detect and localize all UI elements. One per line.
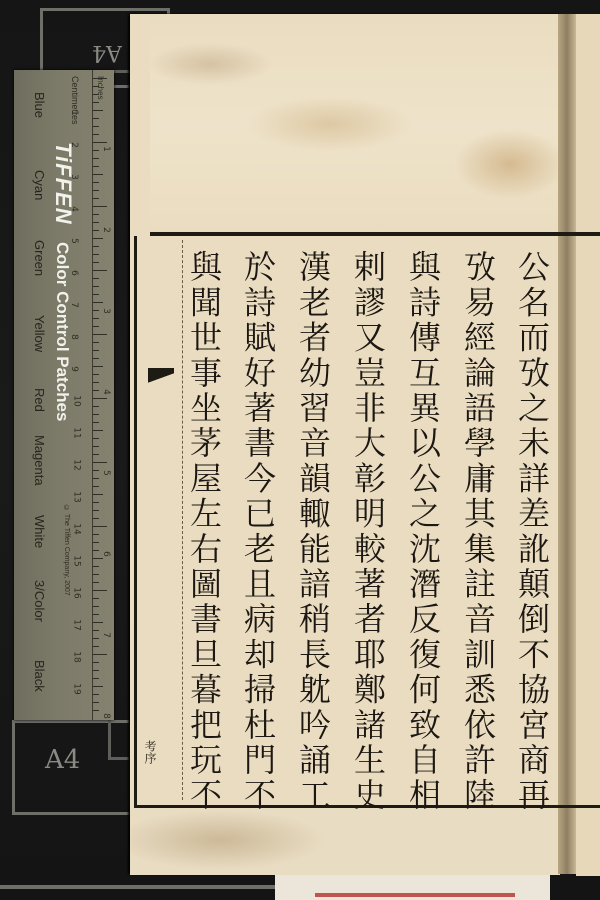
ruler-tick	[93, 430, 103, 431]
swatch-label-black: Black	[32, 660, 47, 692]
swatch-label-cyan: Cyan	[32, 170, 47, 200]
ruler-tick	[93, 614, 99, 615]
print-frame-top-rule	[150, 232, 600, 236]
ruler-tick	[93, 510, 99, 511]
ruler-tick	[93, 438, 99, 439]
unit-label-cm: Centimetres	[70, 76, 80, 125]
cm-tick-label: 11	[72, 427, 82, 438]
ruler-tick	[93, 638, 99, 639]
ruler-tick	[93, 254, 99, 255]
inch-tick-label: 5	[101, 470, 111, 476]
swatch-label-yellow: Yellow	[32, 315, 47, 352]
text-column-5: 漢老者幼習音韻輙能諳稍長躭吟誦工	[295, 250, 331, 813]
ruler-tick	[93, 390, 99, 391]
inch-tick-label: 2	[101, 227, 111, 233]
ruler-tick	[93, 558, 103, 559]
swatch-label-blue: Blue	[32, 92, 47, 118]
ruler-tick	[93, 118, 99, 119]
ruler-tick	[93, 494, 103, 495]
text-column-7: 與聞世事坐茅屋左右圖書旦暮把玩不	[186, 250, 222, 813]
ruler-tick	[93, 478, 99, 479]
ruler-tick	[93, 622, 103, 623]
ruler-tick	[93, 246, 99, 247]
ruler-tick	[93, 598, 99, 599]
inch-tick-label: 7	[101, 632, 111, 638]
text-column-2: 攷易經論語學庸其集註音訓悉依許陸	[460, 250, 496, 813]
cm-tick-label: 14	[72, 523, 82, 534]
ruler-tick	[93, 470, 99, 471]
ruler-tick	[93, 550, 99, 551]
ruler-tick	[93, 670, 99, 671]
ruler-tick	[93, 630, 99, 631]
text-column-4: 剌謬又豈非大彰明較著者耶鄭諸生史	[350, 250, 386, 813]
ruler-tick	[93, 686, 103, 687]
ruler-tick	[93, 166, 99, 167]
swatch-label-white: White	[32, 515, 47, 548]
ruler-tick	[93, 270, 107, 271]
text-column-6: 於詩賦好著書今已老且病却掃杜門不	[240, 250, 276, 813]
ruler-tick	[93, 214, 99, 215]
mat-label-top: A4	[92, 40, 122, 65]
text-column-right-edge: 𡵂輒無鈔略是又有人焉私竊補註冒託	[568, 250, 600, 768]
ruler-tick	[93, 374, 99, 375]
ruler-tick	[93, 590, 107, 591]
ruler-tick	[93, 462, 107, 463]
inch-tick-label: 8	[101, 713, 111, 719]
ruler-tick	[93, 230, 99, 231]
ruler-tick	[93, 238, 103, 239]
ruler-tick	[93, 606, 99, 607]
ruler-tick	[93, 310, 99, 311]
swatch-label-red: Red	[32, 388, 47, 412]
tiffen-logo: TiFFEN	[50, 142, 76, 225]
cm-tick-label: 18	[72, 651, 82, 662]
swatch-label-3color: 3/Color	[32, 580, 47, 622]
page-top-margin-stained	[150, 14, 570, 236]
ruler-tick	[93, 414, 99, 415]
ruler-tick	[93, 102, 99, 103]
inch-tick-label: 1	[101, 146, 111, 152]
ruler-tick	[93, 134, 99, 135]
swatch-label-magenta: Magenta	[32, 435, 47, 486]
ruler-tick	[93, 694, 99, 695]
ruler-tick	[93, 486, 99, 487]
ruler-tick	[93, 382, 99, 383]
ruler-tick	[93, 158, 99, 159]
ruler-tick	[93, 582, 99, 583]
page-bottom-margin	[130, 810, 560, 875]
ruler-tick	[93, 150, 99, 151]
cm-tick-label: 13	[72, 491, 82, 502]
ruler-tick	[93, 334, 107, 335]
mat-label-bottom: A4	[45, 745, 80, 775]
cm-tick-label: 19	[72, 683, 82, 694]
ruler-tick	[93, 182, 99, 183]
inch-tick-label: 6	[101, 551, 111, 557]
ruler-tick	[93, 190, 99, 191]
page-edge-label: 考序	[142, 740, 159, 764]
cm-tick-label: 10	[72, 395, 82, 406]
unit-label-inches: Inches	[96, 76, 105, 100]
inch-tick-label: 3	[101, 308, 111, 314]
mat-bottom-line	[0, 885, 280, 889]
text-column-1: 公名而攷之未詳差訛顛倒不協宮商再	[514, 250, 550, 813]
ruler-tick	[93, 654, 107, 655]
ruler-tick	[93, 110, 103, 111]
ruler-tick	[93, 126, 99, 127]
ruler-tick	[93, 278, 99, 279]
cm-tick-label: 15	[72, 555, 82, 566]
ruler-tick	[93, 398, 107, 399]
ruler-tick	[93, 566, 99, 567]
red-edge-mark	[315, 893, 515, 897]
tiffen-color-card: 12345678910111213141516171819 12345678 C…	[14, 70, 114, 720]
fishtail-mark	[148, 368, 174, 392]
ruler-tick	[93, 318, 99, 319]
ruler-tick	[93, 350, 99, 351]
ruler-tick	[93, 542, 99, 543]
ruler-tick	[93, 142, 107, 143]
ruler-tick	[93, 446, 99, 447]
card-copyright: © The Tiffen Company, 2007	[63, 505, 70, 596]
text-column-3: 與詩傳互異以公之沈潛反復何致自相	[405, 250, 441, 813]
cm-tick-label: 17	[72, 619, 82, 630]
ruler-tick	[93, 198, 99, 199]
ruler-tick	[93, 366, 103, 367]
ruler-tick	[93, 662, 99, 663]
card-title: Color Control Patches	[52, 242, 72, 421]
ruler-tick	[93, 406, 99, 407]
cm-tick-label: 16	[72, 587, 82, 598]
support-strip	[275, 875, 550, 900]
ruler-tick	[93, 534, 99, 535]
swatch-label-green: Green	[32, 240, 47, 276]
ruler-tick	[93, 502, 99, 503]
ruler-tick	[93, 326, 99, 327]
ruler-tick	[93, 678, 99, 679]
ruler-tick	[93, 342, 99, 343]
inch-tick-label: 4	[101, 389, 111, 395]
ruler-tick	[93, 294, 99, 295]
ruler-tick	[93, 646, 99, 647]
ruler-tick	[93, 302, 103, 303]
ruler-tick	[93, 262, 99, 263]
print-frame-left-rule	[134, 236, 137, 808]
ruler-tick	[93, 526, 107, 527]
cm-tick-label: 12	[72, 459, 82, 470]
column-divider	[182, 240, 183, 800]
ruler-tick	[93, 286, 99, 287]
ruler-tick	[93, 222, 99, 223]
ruler-tick	[93, 422, 99, 423]
ruler-tick	[93, 206, 107, 207]
ruler-tick	[93, 518, 99, 519]
inch-ruler: 12345678	[92, 70, 115, 720]
ruler-tick	[93, 358, 99, 359]
ruler-tick	[93, 574, 99, 575]
ruler-tick	[93, 702, 99, 703]
ruler-tick	[93, 710, 99, 711]
ruler-tick	[93, 454, 99, 455]
ruler-tick	[93, 174, 103, 175]
